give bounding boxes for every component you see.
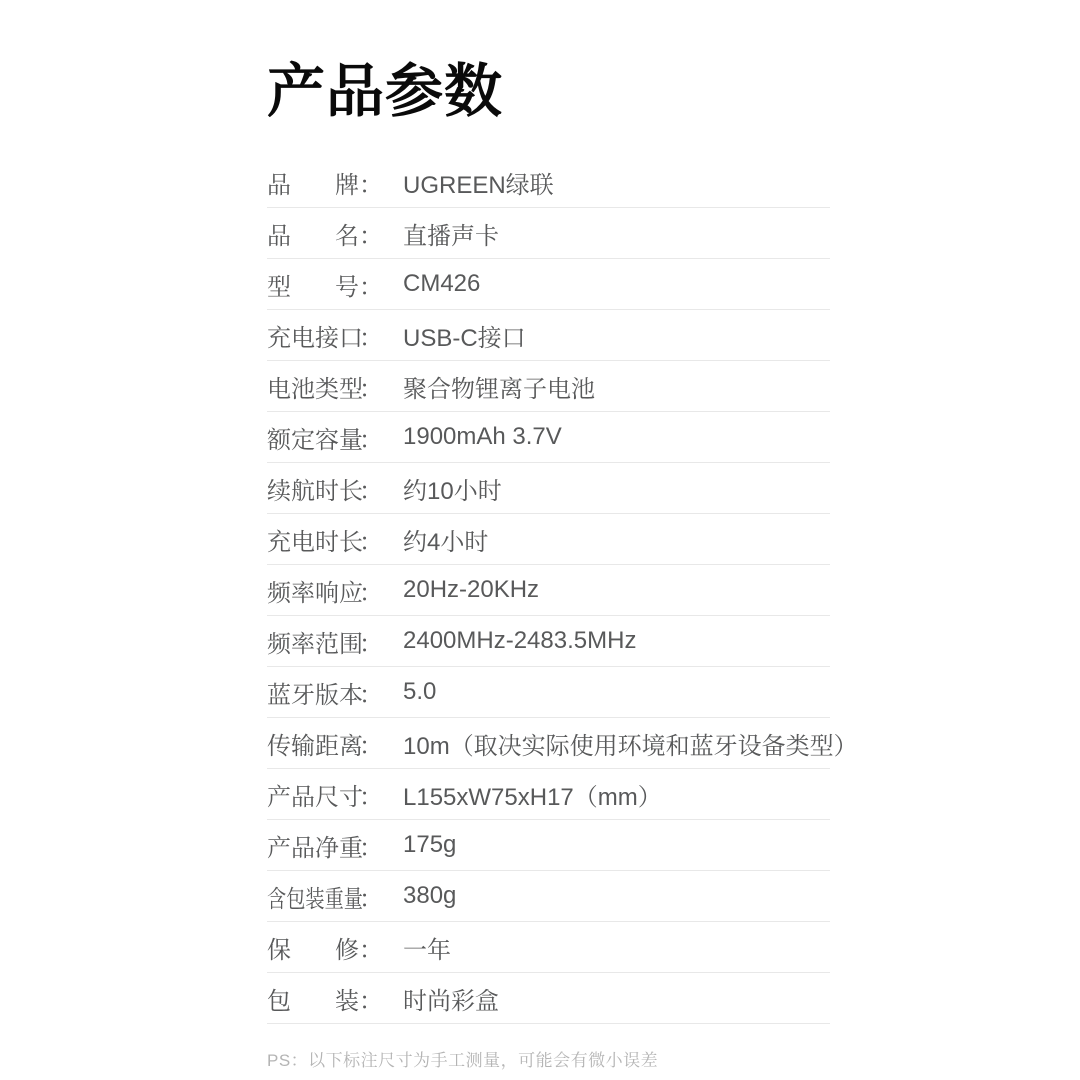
spec-label: 充电时长	[267, 522, 359, 557]
spec-colon: ：	[359, 675, 383, 710]
spec-value: 5.0	[403, 678, 436, 706]
spec-row: 包装：时尚彩盒	[267, 973, 830, 1024]
spec-colon: ：	[359, 165, 383, 200]
spec-value: 20Hz-20KHz	[403, 576, 539, 604]
spec-row: 产品尺寸：L155xW75xH17（mm）	[267, 769, 830, 820]
spec-value: 聚合物锂离子电池	[403, 369, 595, 404]
spec-label: 充电接口	[267, 318, 359, 353]
spec-colon: ：	[359, 420, 383, 455]
spec-value: CM426	[403, 270, 480, 298]
spec-row: 含包装重量：380g	[267, 871, 830, 922]
spec-row: 频率响应：20Hz-20KHz	[267, 565, 830, 616]
spec-value: L155xW75xH17（mm）	[403, 777, 662, 812]
spec-value: 约10小时	[403, 471, 502, 506]
spec-colon: ：	[359, 522, 383, 557]
spec-row: 续航时长：约10小时	[267, 463, 830, 514]
spec-row: 型号：CM426	[267, 259, 830, 310]
spec-label: 品名	[267, 216, 359, 251]
spec-colon: ：	[359, 726, 383, 761]
spec-row: 传输距离：10m（取决实际使用环境和蓝牙设备类型）	[267, 718, 830, 769]
spec-label: 传输距离	[267, 726, 359, 761]
spec-value: 时尚彩盒	[403, 981, 499, 1016]
spec-value: USB-C接口	[403, 318, 526, 353]
footer-note: PS：以下标注尺寸为手工测量，可能会有微小误差	[267, 1046, 830, 1071]
spec-label: 产品尺寸	[267, 777, 359, 812]
spec-row: 蓝牙版本：5.0	[267, 667, 830, 718]
spec-content: 产品参数 品牌：UGREEN绿联品名：直播声卡型号：CM426充电接口：USB-…	[267, 58, 830, 1071]
spec-label: 频率范围	[267, 624, 359, 659]
spec-label: 包装	[267, 981, 359, 1016]
spec-label: 频率响应	[267, 573, 359, 608]
spec-colon: ：	[359, 471, 383, 506]
spec-label: 额定容量	[267, 420, 359, 455]
spec-value: 10m（取决实际使用环境和蓝牙设备类型）	[403, 726, 858, 761]
spec-value: 约4小时	[403, 522, 488, 557]
spec-colon: ：	[359, 777, 383, 812]
spec-label: 电池类型	[267, 369, 359, 404]
spec-label: 保修	[267, 930, 359, 965]
spec-colon: ：	[359, 573, 383, 608]
spec-colon: ：	[359, 267, 383, 302]
spec-table: 品牌：UGREEN绿联品名：直播声卡型号：CM426充电接口：USB-C接口电池…	[267, 157, 830, 1024]
spec-colon: ：	[359, 930, 383, 965]
product-spec-sheet: 产品参数 品牌：UGREEN绿联品名：直播声卡型号：CM426充电接口：USB-…	[0, 0, 1080, 1080]
spec-row: 额定容量：1900mAh 3.7V	[267, 412, 830, 463]
spec-row: 充电接口：USB-C接口	[267, 310, 830, 361]
spec-label: 蓝牙版本	[267, 675, 359, 710]
spec-value: 1900mAh 3.7V	[403, 423, 562, 451]
spec-label: 含包装重量	[267, 879, 341, 914]
page-title: 产品参数	[267, 58, 830, 125]
spec-label: 型号	[267, 267, 359, 302]
spec-value: 一年	[403, 930, 451, 965]
spec-colon: ：	[359, 216, 383, 251]
spec-value: 直播声卡	[403, 216, 499, 251]
spec-label: 品牌	[267, 165, 359, 200]
spec-value: UGREEN绿联	[403, 165, 554, 200]
spec-row: 保修：一年	[267, 922, 830, 973]
spec-row: 电池类型：聚合物锂离子电池	[267, 361, 830, 412]
spec-colon: ：	[359, 369, 383, 404]
spec-colon: ：	[359, 624, 383, 659]
spec-label: 产品净重	[267, 828, 359, 863]
spec-row: 品牌：UGREEN绿联	[267, 157, 830, 208]
spec-row: 频率范围：2400MHz-2483.5MHz	[267, 616, 830, 667]
spec-colon: ：	[359, 318, 383, 353]
spec-colon: ：	[359, 981, 383, 1016]
spec-value: 2400MHz-2483.5MHz	[403, 627, 636, 655]
spec-colon: ：	[359, 828, 383, 863]
spec-label: 续航时长	[267, 471, 359, 506]
spec-value: 380g	[403, 882, 456, 910]
spec-row: 品名：直播声卡	[267, 208, 830, 259]
spec-value: 175g	[403, 831, 456, 859]
spec-row: 产品净重：175g	[267, 820, 830, 871]
spec-row: 充电时长：约4小时	[267, 514, 830, 565]
